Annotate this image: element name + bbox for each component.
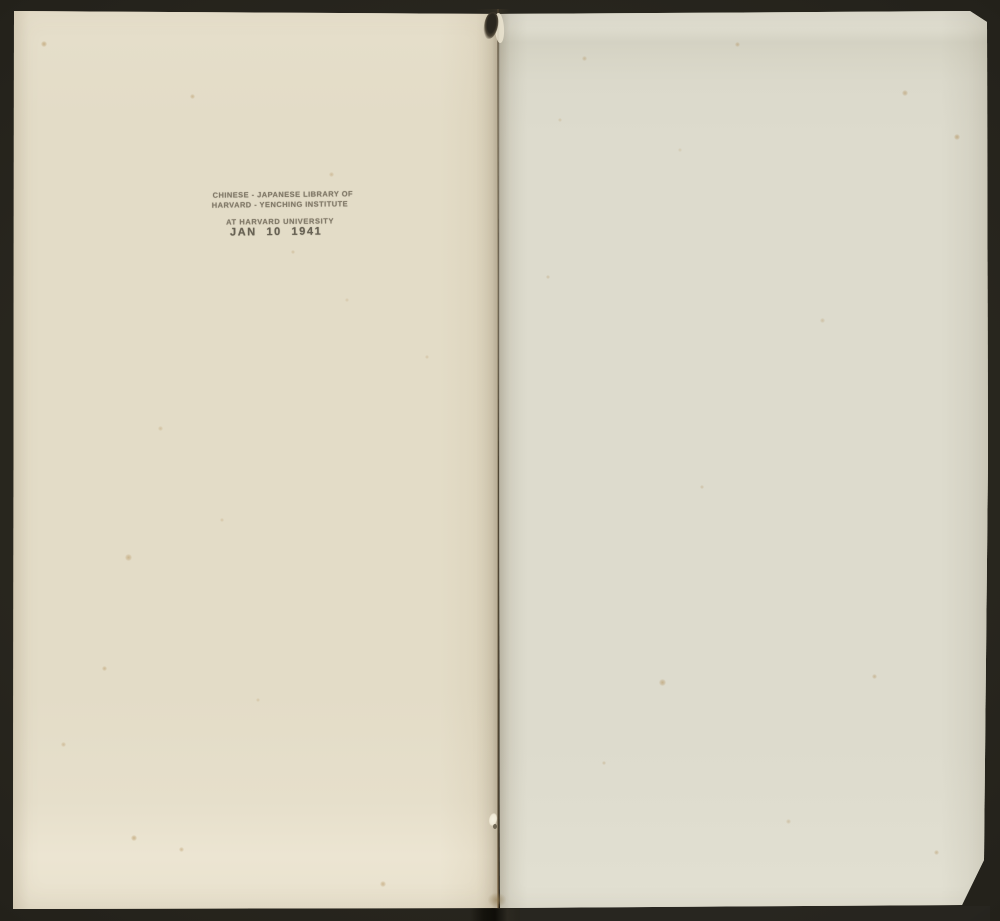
- fold-line: [497, 9, 499, 908]
- stamp-line-2: HARVARD - YENCHING INSTITUTE: [198, 199, 362, 210]
- left-page: CHINESE - JAPANESE LIBRARY OF HARVARD - …: [12, 9, 498, 910]
- bottom-edge-shadow: [520, 906, 990, 921]
- date-stamp: JAN 10 1941: [194, 225, 358, 239]
- stamp-line-1: CHINESE - JAPANESE LIBRARY OF: [201, 189, 365, 200]
- right-page: [498, 10, 990, 908]
- fold-notch-speck: [493, 824, 497, 829]
- fold-bottom-smudge: [488, 893, 506, 907]
- library-stamp: CHINESE - JAPANESE LIBRARY OF HARVARD - …: [198, 189, 363, 243]
- book-scan-spread: CHINESE - JAPANESE LIBRARY OF HARVARD - …: [0, 0, 1000, 921]
